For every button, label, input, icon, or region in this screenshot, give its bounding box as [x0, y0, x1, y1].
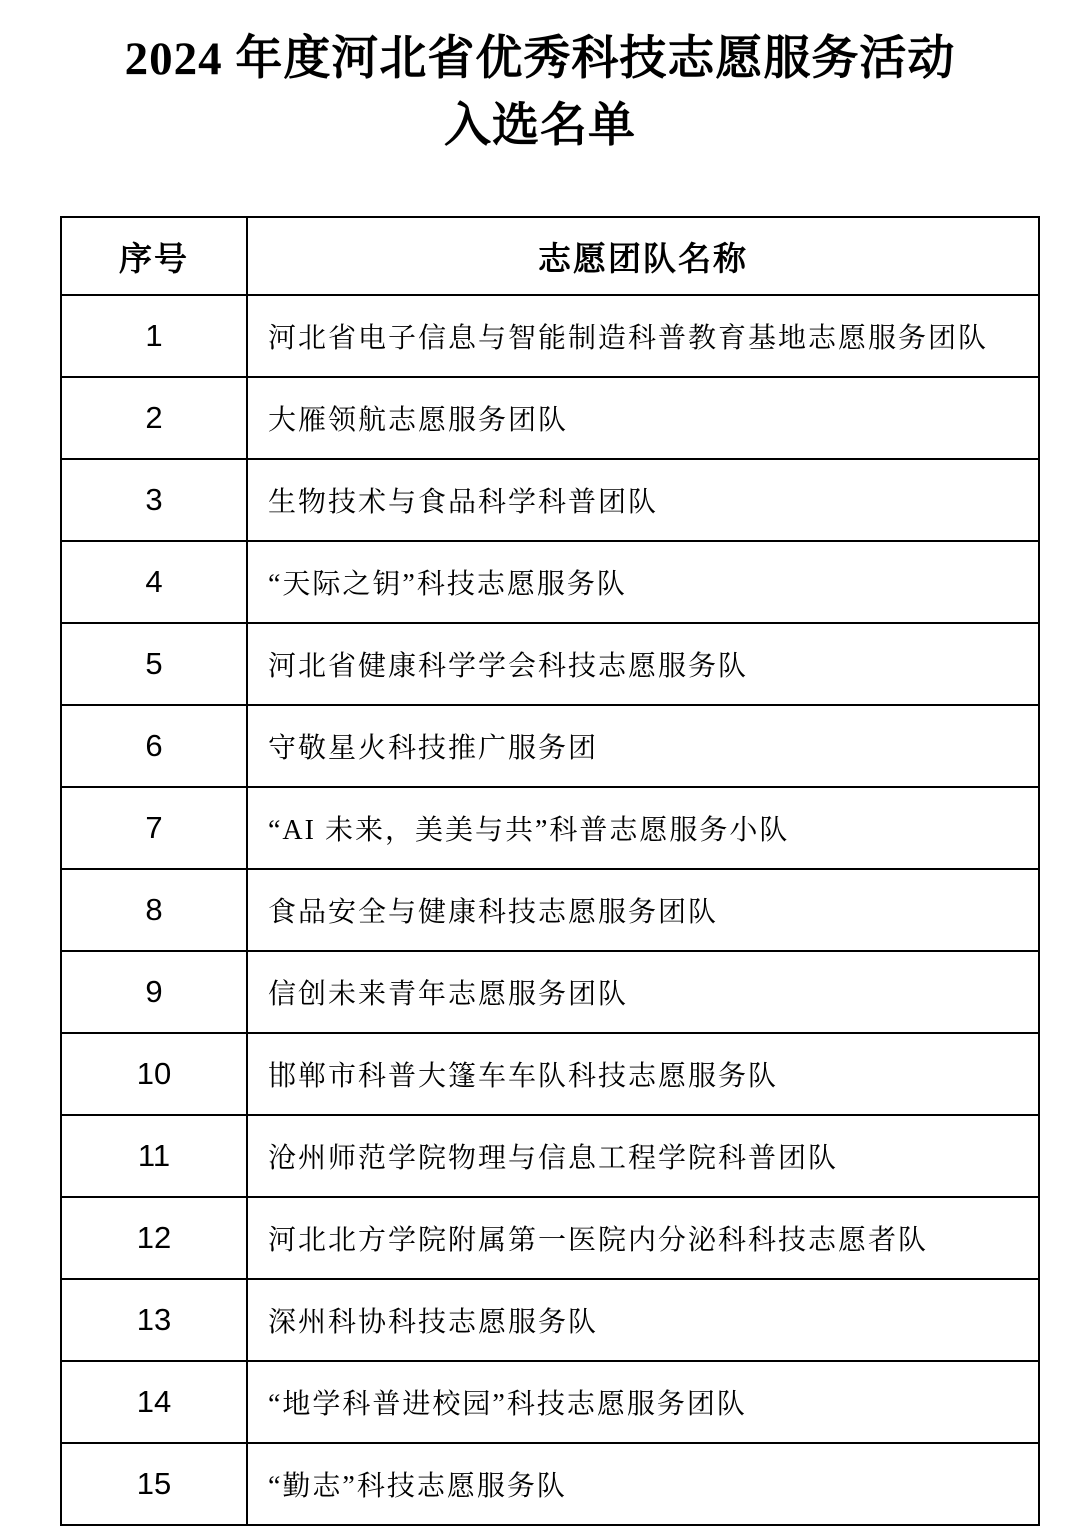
table-row: 13深州科协科技志愿服务队 [61, 1279, 1039, 1361]
table-row: 4“天际之钥”科技志愿服务队 [61, 541, 1039, 623]
row-number-cell: 5 [61, 623, 247, 705]
table-row: 6守敬星火科技推广服务团 [61, 705, 1039, 787]
row-number-cell: 10 [61, 1033, 247, 1115]
row-number-cell: 4 [61, 541, 247, 623]
table-row: 1河北省电子信息与智能制造科普教育基地志愿服务团队 [61, 295, 1039, 377]
team-name-cell: 河北北方学院附属第一医院内分泌科科技志愿者队 [247, 1197, 1039, 1279]
table-row: 14“地学科普进校园”科技志愿服务团队 [61, 1361, 1039, 1443]
table-row: 5河北省健康科学学会科技志愿服务队 [61, 623, 1039, 705]
row-number-cell: 12 [61, 1197, 247, 1279]
column-header-number: 序号 [61, 217, 247, 295]
table-row: 12河北北方学院附属第一医院内分泌科科技志愿者队 [61, 1197, 1039, 1279]
page-title: 2024 年度河北省优秀科技志愿服务活动 入选名单 [0, 26, 1080, 160]
row-number-cell: 3 [61, 459, 247, 541]
table-row: 3生物技术与食品科学科普团队 [61, 459, 1039, 541]
row-number-cell: 13 [61, 1279, 247, 1361]
team-name-cell: “勤志”科技志愿服务队 [247, 1443, 1039, 1525]
row-number-cell: 9 [61, 951, 247, 1033]
row-number-cell: 8 [61, 869, 247, 951]
column-header-team-name: 志愿团队名称 [247, 217, 1039, 295]
team-name-cell: 食品安全与健康科技志愿服务团队 [247, 869, 1039, 951]
team-name-cell: 生物技术与食品科学科普团队 [247, 459, 1039, 541]
table-row: 7“AI 未来，美美与共”科普志愿服务小队 [61, 787, 1039, 869]
table-row: 15“勤志”科技志愿服务队 [61, 1443, 1039, 1525]
document-page: 2024 年度河北省优秀科技志愿服务活动 入选名单 序号 志愿团队名称 1河北省… [0, 0, 1080, 1538]
team-name-cell: 深州科协科技志愿服务队 [247, 1279, 1039, 1361]
row-number-cell: 6 [61, 705, 247, 787]
page-title-line1: 2024 年度河北省优秀科技志愿服务活动 [125, 33, 956, 85]
table-row: 10邯郸市科普大篷车车队科技志愿服务队 [61, 1033, 1039, 1115]
row-number-cell: 15 [61, 1443, 247, 1525]
row-number-cell: 7 [61, 787, 247, 869]
table-row: 11沧州师范学院物理与信息工程学院科普团队 [61, 1115, 1039, 1197]
row-number-cell: 1 [61, 295, 247, 377]
team-name-cell: 信创未来青年志愿服务团队 [247, 951, 1039, 1033]
table-row: 8食品安全与健康科技志愿服务团队 [61, 869, 1039, 951]
team-name-cell: 沧州师范学院物理与信息工程学院科普团队 [247, 1115, 1039, 1197]
team-name-cell: 邯郸市科普大篷车车队科技志愿服务队 [247, 1033, 1039, 1115]
row-number-cell: 14 [61, 1361, 247, 1443]
team-table-body: 1河北省电子信息与智能制造科普教育基地志愿服务团队2大雁领航志愿服务团队3生物技… [61, 295, 1039, 1525]
team-name-cell: “地学科普进校园”科技志愿服务团队 [247, 1361, 1039, 1443]
row-number-cell: 2 [61, 377, 247, 459]
table-row: 9信创未来青年志愿服务团队 [61, 951, 1039, 1033]
team-name-cell: 守敬星火科技推广服务团 [247, 705, 1039, 787]
team-name-cell: 河北省健康科学学会科技志愿服务队 [247, 623, 1039, 705]
table-row: 2大雁领航志愿服务团队 [61, 377, 1039, 459]
team-name-cell: “天际之钥”科技志愿服务队 [247, 541, 1039, 623]
table-header-row: 序号 志愿团队名称 [61, 217, 1039, 295]
team-name-cell: 大雁领航志愿服务团队 [247, 377, 1039, 459]
team-name-cell: 河北省电子信息与智能制造科普教育基地志愿服务团队 [247, 295, 1039, 377]
volunteer-team-table: 序号 志愿团队名称 1河北省电子信息与智能制造科普教育基地志愿服务团队2大雁领航… [60, 216, 1040, 1526]
team-name-cell: “AI 未来，美美与共”科普志愿服务小队 [247, 787, 1039, 869]
page-title-line2: 入选名单 [444, 100, 636, 152]
row-number-cell: 11 [61, 1115, 247, 1197]
